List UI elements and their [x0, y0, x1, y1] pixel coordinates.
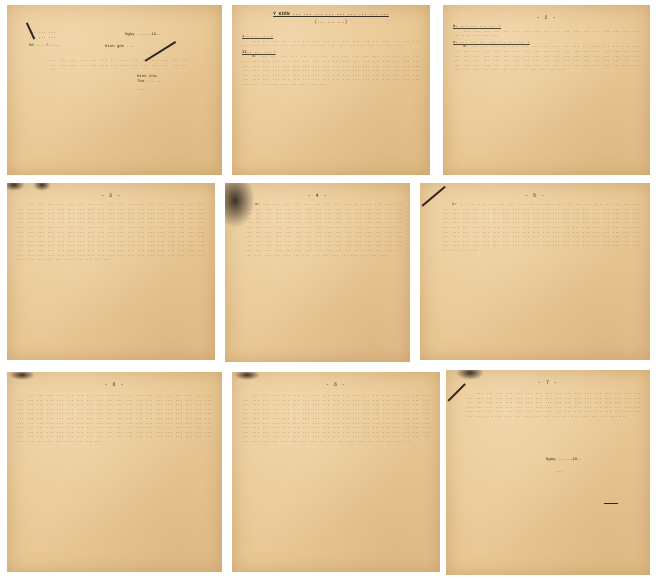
- closing-date: Ngày ..-..-19..: [546, 458, 582, 463]
- document-subtitle: (... ... ...): [232, 21, 430, 25]
- header-left: ... ... ... ... ... ... Số ... /.....: [29, 31, 60, 49]
- document-page-5: - 4 - a/ ... ... ... ... ... ... ... ...…: [225, 183, 410, 362]
- document-page-2: Ý KIẾN ... ... ... ... ... ... ... ... .…: [232, 5, 430, 175]
- page-number: - 2 -: [443, 15, 650, 21]
- document-page-3: - 2 - b- ... ... ... ... : ... ... ... .…: [443, 5, 650, 175]
- page-text: a/ ... ... ... ... ... ... ... ... ... .…: [245, 203, 402, 260]
- letter-body: ... ... ... ... ... ... ... ... ... ... …: [49, 59, 189, 73]
- page-number: - 6 -: [232, 382, 440, 388]
- document-page-7: - 6 - ... ... ... ... ... ... ... ... ..…: [7, 372, 222, 572]
- document-title: Ý KIẾN ... ... ... ... ... ... ... ... .…: [232, 12, 430, 17]
- document-page-6: - 5 - b/ ... ... ... ... ... ... ... ...…: [420, 183, 650, 360]
- page-text: ... ... ... ... ... ... ... ... ... ... …: [242, 394, 430, 447]
- page-text: ... ... ... ... ... ... ... ... ... ... …: [17, 203, 205, 265]
- ink-smudge: [7, 183, 25, 191]
- page-text: ... ... ... ... ... ... ... ... ... ... …: [466, 392, 641, 422]
- letter-closing: Kính thư, Thư ... ... ...: [137, 75, 163, 93]
- document-page-8: - 6 - ... ... ... ... ... ... ... ... ..…: [232, 372, 440, 572]
- page-text: I.- ... ... : ... ... ... ... ... ... ..…: [242, 35, 420, 90]
- salutation: Kính gửi ...: [105, 45, 134, 50]
- ink-smudge: [456, 370, 484, 380]
- ink-smudge: [33, 183, 51, 191]
- page-number: - 7 -: [446, 380, 650, 386]
- document-page-9: - 7 - ... ... ... ... ... ... ... ... ..…: [446, 370, 650, 575]
- page-text: b/ ... ... ... ... ... ... ... ... ... .…: [442, 203, 640, 256]
- page-number: - 4 -: [225, 193, 410, 199]
- ink-smudge: [9, 372, 35, 380]
- page-number: - 3 -: [7, 193, 215, 199]
- document-page-1: ... ... ... ... ... ... Số ... /..... Ng…: [7, 5, 222, 175]
- page-number: - 5 -: [420, 193, 650, 199]
- document-page-4: - 3 - ... ... ... ... ... ... ... ... ..…: [7, 183, 215, 360]
- page-text: ... ... ... ... ... ... ... ... ... ... …: [17, 394, 212, 447]
- ink-smudge: [234, 372, 260, 380]
- letter-date: Ngày ..-..-19..: [125, 33, 161, 38]
- page-text: b- ... ... ... ... : ... ... ... ... ...…: [453, 25, 640, 75]
- page-number: - 6 -: [7, 382, 222, 388]
- pen-mark: [604, 503, 618, 504]
- signature: ...: [556, 470, 563, 475]
